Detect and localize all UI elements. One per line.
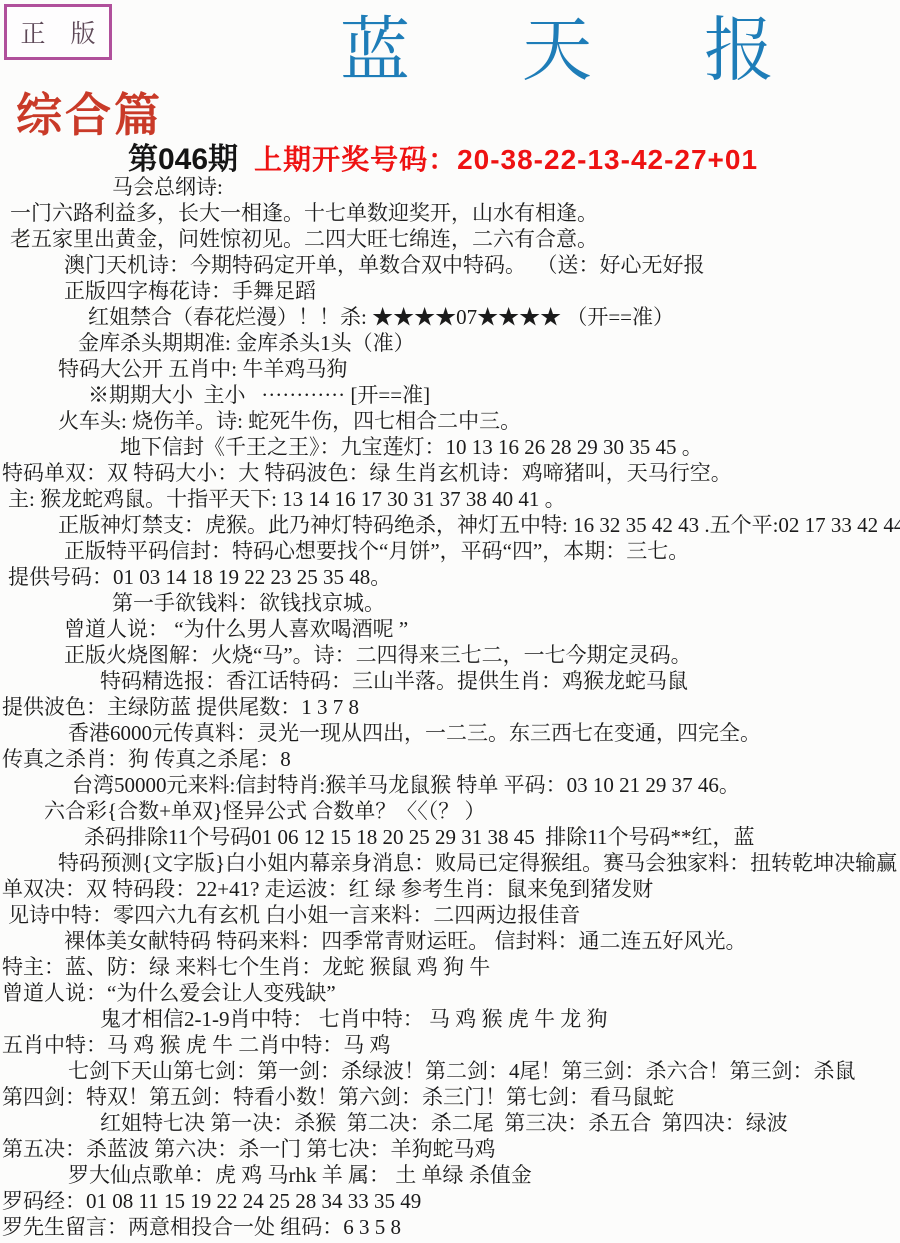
text-line: 罗大仙点歌单：虎 鸡 马rhk 羊 属： 土 单绿 杀值金 <box>0 1162 900 1188</box>
text-line: 台湾50000元来料:信封特肖:猴羊马龙鼠猴 特单 平码：03 10 21 29… <box>0 772 900 798</box>
issue-number: 第046期 <box>128 134 238 178</box>
last-draw-numbers: 上期开奖号码：20-38-22-13-42-27+01 <box>254 138 758 178</box>
text-line: 火车头: 烧伤羊。诗: 蛇死牛伤，四七相合二中三。 <box>0 408 900 434</box>
text-line: 传真之杀肖：狗 传真之杀尾：8 <box>0 746 900 772</box>
text-line: 提供号码：01 03 14 18 19 22 23 25 35 48。 <box>0 564 900 590</box>
text-line: 罗先生留言：两意相投合一处 组码：6 3 5 8 <box>0 1214 900 1240</box>
text-line: 特主：蓝、防：绿 来料七个生肖：龙蛇 猴鼠 鸡 狗 牛 <box>0 954 900 980</box>
edition-badge: 正 版 <box>4 4 112 60</box>
text-line: 澳门天机诗：今期特码定开单，单数合双中特码。 （送：好心无好报 <box>0 252 900 278</box>
body-lines: 马会总纲诗:一门六路利益多，长大一相逢。十七单数迎奖开，山水有相逢。老五家里出黄… <box>0 174 900 1240</box>
text-line: 特码大公开 五肖中: 牛羊鸡马狗 <box>0 356 900 382</box>
text-line: 提供波色：主绿防蓝 提供尾数：1 3 7 8 <box>0 694 900 720</box>
text-line: 主: 猴龙蛇鸡鼠。十指平天下: 13 14 16 17 30 31 37 38 … <box>0 486 900 512</box>
text-line: 金库杀头期期准: 金库杀头1头（准） <box>0 330 900 356</box>
text-line: 六合彩{合数+单双}怪异公式 合数单？〈〈（？ ） <box>0 798 900 824</box>
text-line: 第五决：杀蓝波 第六决：杀一门 第七决：羊狗蛇马鸡 <box>0 1136 900 1162</box>
text-line: 裸体美女献特码 特码来料：四季常青财运旺。 信封料：通二连五好风光。 <box>0 928 900 954</box>
text-line: ※期期大小 主小 ············ [开==准] <box>0 382 900 408</box>
text-line: 见诗中特：零四六九有玄机 白小姐一言来料：二四两边报佳音 <box>0 902 900 928</box>
text-line: 正版四字梅花诗：手舞足蹈 <box>0 278 900 304</box>
text-line: 正版火烧图解：火烧“马”。诗：二四得来三七二，一七今期定灵码。 <box>0 642 900 668</box>
text-line: 老五家里出黄金，问姓惊初见。二四大旺七绵连，二六有合意。 <box>0 226 900 252</box>
newspaper-page: 正 版 蓝天报 综合篇 第046期 上期开奖号码：20-38-22-13-42-… <box>0 0 900 1243</box>
text-line: 罗码经：01 08 11 15 19 22 24 25 28 34 33 35 … <box>0 1188 900 1214</box>
text-line: 特码精选报：香江话特码：三山半落。提供生肖：鸡猴龙蛇马鼠 <box>0 668 900 694</box>
text-line: 曾道人说： “为什么男人喜欢喝酒呢 ” <box>0 616 900 642</box>
text-line: 地下信封《千王之王》：九宝莲灯：10 13 16 26 28 29 30 35 … <box>0 434 900 460</box>
text-line: 红姐禁合（春花烂漫）！！杀: ★★★★07★★★★ （开==准） <box>0 304 900 330</box>
text-line: 杀码排除11个号码01 06 12 15 18 20 25 29 31 38 4… <box>0 824 900 850</box>
text-line: 第一手欲钱料：欲钱找京城。 <box>0 590 900 616</box>
text-line: 第四剑：特双！第五剑：特看小数！第六剑：杀三门！第七剑：看马鼠蛇 <box>0 1084 900 1110</box>
text-line: 一门六路利益多，长大一相逢。十七单数迎奖开，山水有相逢。 <box>0 200 900 226</box>
text-line: 单双决：双 特码段：22+41? 走运波：红 绿 参考生肖：鼠来兔到猪发财 <box>0 876 900 902</box>
page-title: 蓝天报 <box>340 2 886 102</box>
text-line: 香港6000元传真料：灵光一现从四出，一二三。东三西七在变通，四完全。 <box>0 720 900 746</box>
text-line: 鬼才相信2-1-9肖中特： 七肖中特： 马 鸡 猴 虎 牛 龙 狗 <box>0 1006 900 1032</box>
issue-row: 第046期 上期开奖号码：20-38-22-13-42-27+01 <box>128 134 758 178</box>
text-line: 七剑下天山第七剑：第一剑：杀绿波！第二剑：4尾！第三剑：杀六合！第三剑：杀鼠 <box>0 1058 900 1084</box>
text-line: 特码单双：双 特码大小：大 特码波色：绿 生肖玄机诗：鸡啼猪叫，天马行空。 <box>0 460 900 486</box>
text-line: 五肖中特：马 鸡 猴 虎 牛 二肖中特：马 鸡 <box>0 1032 900 1058</box>
text-line: 曾道人说：“为什么爱会让人变残缺” <box>0 980 900 1006</box>
edition-label: 正 版 <box>20 14 95 50</box>
text-line: 红姐特七决 第一决：杀猴 第二决：杀二尾 第三决：杀五合 第四决：绿波 <box>0 1110 900 1136</box>
text-line: 马会总纲诗: <box>0 174 900 200</box>
text-line: 特码预测{文字版}白小姐内幕亲身消息：败局已定得猴组。赛马会独家料：扭转乾坤决输… <box>0 850 900 876</box>
text-line: 正版神灯禁支：虎猴。此乃神灯特码绝杀，神灯五中特: 16 32 35 42 43… <box>0 512 900 538</box>
text-line: 正版特平码信封：特码心想要找个“月饼”，平码“四”，本期：三七。 <box>0 538 900 564</box>
